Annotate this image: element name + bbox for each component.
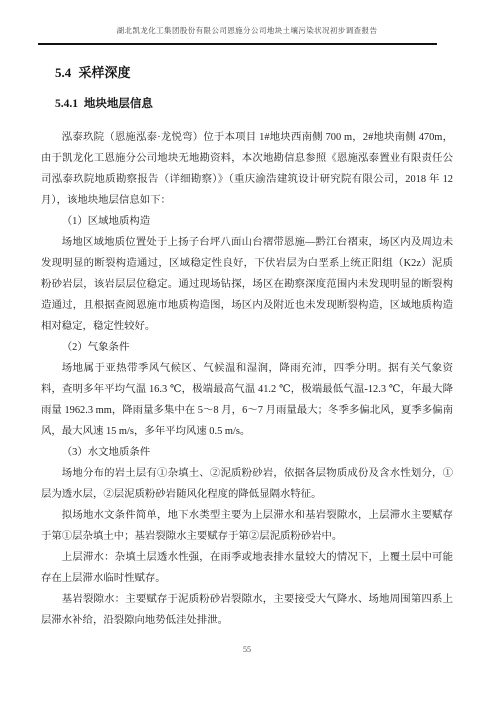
body-paragraph: 场地区域地质位置处于上扬子台坪八面山台褶带恩施—黔江台褶束，场区内及周边未发现明… [41,232,453,337]
body-paragraph-label: （3）水文地质条件 [41,442,453,463]
header-rule [38,43,437,45]
body-text: 泓泰玖院（恩施泓泰·龙悦弯）位于本项目 1#地块西南侧 700 m，2#地块南侧… [41,127,453,631]
body-paragraph: 泓泰玖院（恩施泓泰·龙悦弯）位于本项目 1#地块西南侧 700 m，2#地块南侧… [41,127,453,211]
body-paragraph-label: （1）区域地质构造 [41,211,453,232]
body-paragraph: 场地属于亚热带季风气候区、气候温和湿润，降雨充沛，四季分明。据有关气象资料，查明… [41,358,453,442]
body-paragraph: 场地分布的岩土层有①杂填土、②泥质粉砂岩，依据各层物质成份及含水性划分，①层为透… [41,463,453,505]
section-heading-5-4: 5.4 采样深度 [55,65,453,81]
subsection-heading-5-4-1: 5.4.1 地块地层信息 [55,97,453,112]
body-paragraph: 拟场地水文条件简单，地下水类型主要为上层滞水和基岩裂隙水，上层滞水主要赋存于第①… [41,505,453,547]
body-paragraph-label: （2）气象条件 [41,337,453,358]
body-paragraph: 上层滞水：杂填土层透水性强，在雨季或地表排水量较大的情况下，上覆土层中可能存在上… [41,547,453,589]
document-page: 湖北凯龙化工集团股份有限公司恩施分公司地块土壤污染状况初步调查报告 5.4 采样… [0,0,500,707]
report-header-title: 湖北凯龙化工集团股份有限公司恩施分公司地块土壤污染状况初步调查报告 [41,26,453,36]
body-paragraph: 基岩裂隙水：主要赋存于泥质粉砂岩裂隙水，主要接受大气降水、场地周围第四系上层滞水… [41,589,453,631]
page-number: 55 [41,645,453,655]
